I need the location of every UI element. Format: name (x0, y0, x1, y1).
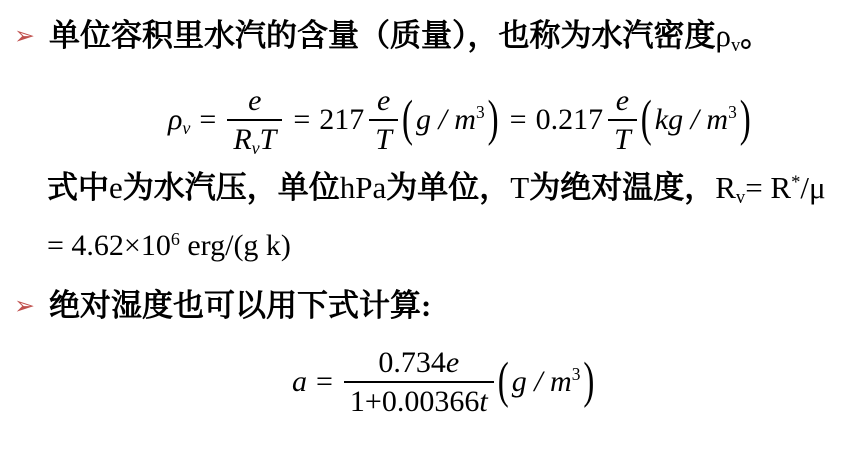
bullet-line-1: ➢ 单位容积里水汽的含量（质量），也称为水汽密度ρv。 (14, 16, 834, 56)
arrow-bullet-icon: ➢ (14, 293, 35, 318)
formula1-rho: ρ (168, 103, 182, 136)
fraction-denominator: T (369, 119, 398, 156)
T-glyph: T (260, 123, 277, 156)
fraction-denominator: 1+0.00366t (344, 381, 494, 418)
formula-absolute-humidity: a = 0.734e 1+0.00366t ( g / m3 ) (292, 346, 596, 418)
rho-glyph: ρ (715, 18, 730, 53)
fraction-denominator: T (608, 119, 637, 156)
open-paren: ( (641, 94, 652, 145)
var-e: e (109, 170, 123, 205)
unit-exponent: 3 (728, 102, 737, 122)
close-paren: ) (488, 94, 499, 145)
over-mu: /μ (800, 170, 825, 205)
fraction-denominator: RvT (227, 119, 282, 156)
fraction-humidity: 0.734e 1+0.00366t (344, 346, 494, 418)
formula1-rho-sub: v (182, 118, 190, 138)
text-segment: 为单位， (386, 170, 510, 205)
coefficient-denominator: 1+0.00366 (350, 385, 479, 418)
R-subscript: v (252, 138, 260, 158)
open-paren: ( (402, 94, 413, 145)
slide: ➢ 单位容积里水汽的含量（质量），也称为水汽密度ρv。 ρv = e RvT =… (0, 0, 845, 465)
rho-subscript: v (731, 35, 740, 56)
fraction-e-over-RvT: e RvT (227, 84, 282, 156)
var-T: T (510, 170, 529, 205)
R-glyph: R (715, 170, 736, 205)
explanation-line-2: = 4.62×106 erg/(g k) (47, 226, 291, 265)
close-paren: ) (583, 356, 594, 407)
Rv-equation: Rv= R*/μ (715, 170, 825, 205)
bullet1-text: 单位容积里水汽的含量（质量），也称为水汽密度ρv。 (49, 16, 771, 56)
unit-erg: erg/(g k) (180, 229, 291, 262)
explanation-line-1: 式中e为水汽压，单位hPa为单位，T为绝对温度，Rv= R*/μ (47, 168, 837, 208)
bullet-line-2: ➢ 绝对湿度也可以用下式计算: (14, 286, 834, 326)
formula-vapor-density: ρv = e RvT = 217 e T ( g / m3 ) = 0.217 … (168, 84, 753, 156)
fraction-e-over-T: e T (608, 84, 637, 156)
unit-g-per-m3: g / m3 (512, 365, 581, 399)
open-paren: ( (498, 356, 509, 407)
coefficient-217: 217 (319, 103, 364, 137)
unit-text: g / m (416, 103, 476, 136)
equals-R: = R (745, 170, 791, 205)
var-e: e (446, 346, 459, 379)
arrow-bullet-icon: ➢ (14, 23, 35, 48)
var-a: a (292, 365, 307, 399)
value-text: = 4.62×10 (47, 229, 171, 262)
equals-sign: = (199, 103, 216, 137)
unit-hpa: hPa (340, 170, 387, 205)
unit-exponent: 3 (572, 364, 581, 384)
equals-sign: = (293, 103, 310, 137)
fraction-numerator: e (242, 84, 267, 119)
text-segment: 为绝对温度， (529, 170, 715, 205)
unit-exponent: 3 (476, 102, 485, 122)
coefficient-0734: 0.734 (378, 346, 446, 379)
close-paren: ) (740, 94, 751, 145)
coefficient-0217: 0.217 (536, 103, 604, 137)
unit-text: kg / m (655, 103, 728, 136)
unit-kg-per-m3: kg / m3 (655, 103, 737, 137)
rho-v-symbol: ρv (715, 18, 740, 53)
fraction-numerator: e (610, 84, 635, 119)
text-segment: 为水汽压，单位 (123, 170, 340, 205)
R-glyph: R (233, 123, 251, 156)
unit-g-per-m3: g / m3 (416, 103, 485, 137)
equals-sign: = (510, 103, 527, 137)
fraction-numerator: 0.734e (372, 346, 465, 381)
unit-text: g / m (512, 365, 572, 398)
bullet2-text: 绝对湿度也可以用下式计算: (49, 286, 431, 326)
exponent-6: 6 (171, 229, 180, 249)
bullet1-period: 。 (740, 18, 771, 53)
bullet1-text-main: 单位容积里水汽的含量（质量），也称为水汽密度 (49, 18, 716, 53)
R-star-superscript: * (791, 172, 800, 193)
fraction-e-over-T: e T (369, 84, 398, 156)
fraction-numerator: e (371, 84, 396, 119)
R-subscript: v (736, 187, 745, 208)
formula1-lhs: ρv (168, 103, 190, 137)
text-segment: 式中 (47, 170, 109, 205)
equals-sign: = (316, 365, 333, 399)
var-t: t (479, 385, 487, 418)
